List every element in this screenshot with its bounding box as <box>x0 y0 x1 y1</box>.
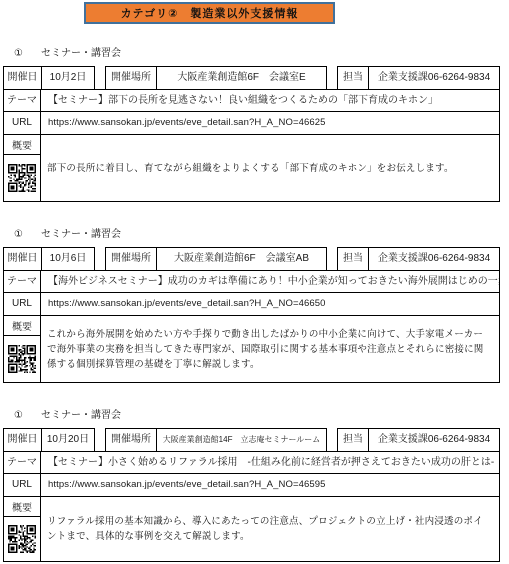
seminar-sections: ① セミナー・講習会 開催日 10月2日 開催場所 大阪産業創造館6F 会議室E… <box>3 47 509 562</box>
section-heading: ① セミナー・講習会 <box>14 409 509 422</box>
summary-text: 部下の長所に着目し、育てながら組織をよりよくする「部下育成のキホン」をお伝えしま… <box>41 135 499 201</box>
url-link[interactable]: https://www.sansokan.jp/events/eve_detai… <box>41 112 499 134</box>
spacer <box>327 247 337 271</box>
place-label: 開催場所 <box>106 429 157 451</box>
spacer <box>327 66 337 90</box>
table-row-date: 開催日 10月2日 開催場所 大阪産業創造館6F 会議室E 担当 企業支援課06… <box>3 66 500 90</box>
category-banner: カテゴリ② 製造業以外支援情報 <box>84 2 335 24</box>
contact-group: 担当 企業支援課06-6264-9834 <box>337 66 500 90</box>
section-heading: ① セミナー・講習会 <box>14 228 509 241</box>
summary-label-column: 概要 <box>4 316 41 382</box>
summary-label: 概要 <box>4 497 40 517</box>
section-number: ① <box>14 409 23 422</box>
summary-label: 概要 <box>4 316 40 336</box>
place-value: 大阪産業創造館14F 立志庵セミナールーム <box>157 429 326 451</box>
place-group: 開催場所 大阪産業創造館6F 会議室AB <box>105 247 327 271</box>
contact-value: 企業支援課06-6264-9834 <box>369 429 499 451</box>
contact-group: 担当 企業支援課06-6264-9834 <box>337 247 500 271</box>
theme-value: 【セミナー】小さく始めるリファラル採用 -仕組み化前に経営者が押さえておきたい成… <box>41 452 499 473</box>
section-number: ① <box>14 228 23 241</box>
contact-label: 担当 <box>338 248 369 270</box>
qr-code <box>4 517 40 561</box>
date-group: 開催日 10月6日 <box>3 247 95 271</box>
url-label: URL <box>4 474 41 496</box>
date-value: 10月20日 <box>42 429 94 451</box>
spacer <box>95 428 105 452</box>
seminar-section: ① セミナー・講習会 開催日 10月20日 開催場所 大阪産業創造館14F 立志… <box>3 409 509 562</box>
seminar-section: ① セミナー・講習会 開催日 10月2日 開催場所 大阪産業創造館6F 会議室E… <box>3 47 509 202</box>
table-row-summary: 概要 部下の長所に着目し、育てながら組織をよりよくする「部下育成のキホン」をお伝… <box>3 134 500 202</box>
section-title: セミナー・講習会 <box>41 47 121 60</box>
url-label: URL <box>4 112 41 134</box>
theme-label: テーマ <box>4 452 41 473</box>
place-value: 大阪産業創造館6F 会議室E <box>157 67 326 89</box>
section-title: セミナー・講習会 <box>41 228 121 241</box>
table-row-url: URL https://www.sansokan.jp/events/eve_d… <box>3 111 500 135</box>
seminar-table: 開催日 10月2日 開催場所 大阪産業創造館6F 会議室E 担当 企業支援課06… <box>3 66 500 202</box>
table-row-summary: 概要 これから海外展開を始めたい方や手探りで動き出したばかりの中小企業に向けて、… <box>3 315 500 383</box>
summary-text: これから海外展開を始めたい方や手探りで動き出したばかりの中小企業に向けて、大手家… <box>41 316 499 382</box>
theme-label: テーマ <box>4 90 41 111</box>
url-label: URL <box>4 293 41 315</box>
table-row-url: URL https://www.sansokan.jp/events/eve_d… <box>3 473 500 497</box>
contact-group: 担当 企業支援課06-6264-9834 <box>337 428 500 452</box>
contact-value: 企業支援課06-6264-9834 <box>369 248 499 270</box>
place-label: 開催場所 <box>106 248 157 270</box>
place-label: 開催場所 <box>106 67 157 89</box>
seminar-section: ① セミナー・講習会 開催日 10月6日 開催場所 大阪産業創造館6F 会議室A… <box>3 228 509 383</box>
qr-code <box>4 155 40 201</box>
seminar-table: 開催日 10月20日 開催場所 大阪産業創造館14F 立志庵セミナールーム 担当… <box>3 428 500 562</box>
date-label: 開催日 <box>4 248 42 270</box>
theme-label: テーマ <box>4 271 41 292</box>
section-number: ① <box>14 47 23 60</box>
table-row-date: 開催日 10月20日 開催場所 大阪産業創造館14F 立志庵セミナールーム 担当… <box>3 428 500 452</box>
contact-label: 担当 <box>338 429 369 451</box>
section-heading: ① セミナー・講習会 <box>14 47 509 60</box>
place-group: 開催場所 大阪産業創造館6F 会議室E <box>105 66 327 90</box>
theme-value: 【セミナー】部下の長所を見逃さない！良い組織をつくるための「部下育成のキホン」 <box>41 90 499 111</box>
theme-value: 【海外ビジネスセミナー】成功のカギは準備にあり！中小企業が知っておきたい海外展開… <box>41 271 499 292</box>
date-label: 開催日 <box>4 429 42 451</box>
place-group: 開催場所 大阪産業創造館14F 立志庵セミナールーム <box>105 428 327 452</box>
contact-value: 企業支援課06-6264-9834 <box>369 67 499 89</box>
date-label: 開催日 <box>4 67 42 89</box>
spacer <box>95 66 105 90</box>
seminar-table: 開催日 10月6日 開催場所 大阪産業創造館6F 会議室AB 担当 企業支援課0… <box>3 247 500 383</box>
table-row-date: 開催日 10月6日 開催場所 大阪産業創造館6F 会議室AB 担当 企業支援課0… <box>3 247 500 271</box>
place-value: 大阪産業創造館6F 会議室AB <box>157 248 326 270</box>
section-title: セミナー・講習会 <box>41 409 121 422</box>
date-value: 10月2日 <box>42 67 94 89</box>
contact-label: 担当 <box>338 67 369 89</box>
table-row-theme: テーマ 【セミナー】部下の長所を見逃さない！良い組織をつくるための「部下育成のキ… <box>3 89 500 112</box>
table-row-url: URL https://www.sansokan.jp/events/eve_d… <box>3 292 500 316</box>
table-row-summary: 概要 リファラル採用の基本知識から、導入にあたっての注意点、プロジェクトの立上げ… <box>3 496 500 562</box>
url-link[interactable]: https://www.sansokan.jp/events/eve_detai… <box>41 293 499 315</box>
spacer <box>327 428 337 452</box>
table-row-theme: テーマ 【海外ビジネスセミナー】成功のカギは準備にあり！中小企業が知っておきたい… <box>3 270 500 293</box>
spacer <box>95 247 105 271</box>
date-group: 開催日 10月2日 <box>3 66 95 90</box>
summary-label-column: 概要 <box>4 497 41 561</box>
date-value: 10月6日 <box>42 248 94 270</box>
url-link[interactable]: https://www.sansokan.jp/events/eve_detai… <box>41 474 499 496</box>
table-row-theme: テーマ 【セミナー】小さく始めるリファラル採用 -仕組み化前に経営者が押さえてお… <box>3 451 500 474</box>
date-group: 開催日 10月20日 <box>3 428 95 452</box>
summary-label: 概要 <box>4 135 40 155</box>
summary-label-column: 概要 <box>4 135 41 201</box>
qr-code <box>4 336 40 382</box>
summary-text: リファラル採用の基本知識から、導入にあたっての注意点、プロジェクトの立上げ・社内… <box>41 497 499 561</box>
